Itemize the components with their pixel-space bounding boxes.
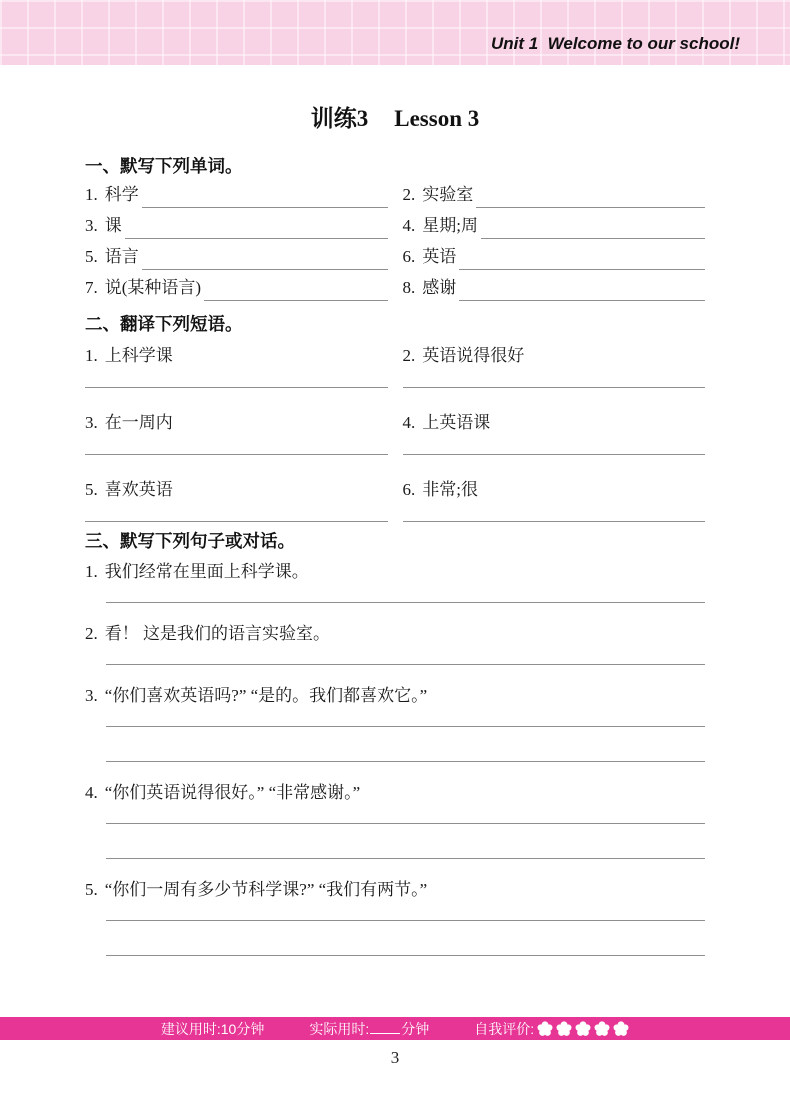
unit-header-band: Unit 1 Welcome to our school! bbox=[0, 0, 790, 65]
title-en: Lesson 3 bbox=[394, 106, 479, 131]
item-number: 6. bbox=[403, 247, 416, 267]
phrase-text: 上英语课 bbox=[422, 413, 490, 432]
page-title: 训练3Lesson 3 bbox=[85, 100, 705, 133]
word-label: 星期;周 bbox=[422, 216, 478, 236]
word-item: 3.课 bbox=[85, 208, 388, 239]
word-item: 6.英语 bbox=[403, 239, 706, 270]
worksheet-page: Unit 1 Welcome to our school! 训练3Lesson … bbox=[0, 0, 790, 1099]
phrase-item: 6.非常;很 bbox=[403, 479, 706, 522]
phrase-list: 1.上科学课 2.英语说得很好 3.在一周内 4.上英语课 5.喜欢英语 6.非… bbox=[85, 345, 705, 522]
item-number: 4. bbox=[403, 413, 416, 432]
item-number: 2. bbox=[85, 624, 98, 643]
answer-blank-line bbox=[106, 823, 705, 824]
item-number: 2. bbox=[403, 346, 416, 365]
phrase-label: 6.非常;很 bbox=[403, 479, 706, 501]
section-sentences-heading: 三、默写下列句子或对话。 bbox=[85, 531, 705, 552]
word-item: 7.说(某种语言) bbox=[85, 270, 388, 301]
word-item: 5.语言 bbox=[85, 239, 388, 270]
phrase-item: 2.英语说得很好 bbox=[403, 345, 706, 388]
item-number: 3. bbox=[85, 216, 98, 236]
sentence-text: “你们一周有多少节科学课?” “我们有两节。” bbox=[105, 880, 427, 899]
phrase-item: 1.上科学课 bbox=[85, 345, 388, 388]
item-number: 3. bbox=[85, 686, 98, 705]
unit-title: Unit 1 Welcome to our school! bbox=[491, 34, 740, 54]
word-label: 感谢 bbox=[422, 278, 456, 298]
answer-blank-line bbox=[106, 664, 705, 665]
title-cn: 训练3 bbox=[311, 106, 369, 131]
sentence-item: 4.“你们英语说得很好。” “非常感谢。” bbox=[85, 782, 705, 859]
word-label: 课 bbox=[105, 216, 122, 236]
sentence-text: 我们经常在里面上科学课。 bbox=[105, 562, 309, 581]
answer-blank-line bbox=[106, 602, 705, 603]
word-item: 4.星期;周 bbox=[403, 208, 706, 239]
item-number: 5. bbox=[85, 480, 98, 499]
phrase-text: 在一周内 bbox=[105, 413, 173, 432]
sentence-label: 5.“你们一周有多少节科学课?” “我们有两节。” bbox=[85, 879, 705, 901]
word-label: 实验室 bbox=[422, 185, 473, 205]
flower-icon bbox=[556, 1021, 572, 1037]
answer-blank-line bbox=[85, 521, 388, 522]
word-item: 8.感谢 bbox=[403, 270, 706, 301]
item-number: 8. bbox=[403, 278, 416, 298]
sentence-label: 1.我们经常在里面上科学课。 bbox=[85, 561, 705, 583]
worksheet-content: 训练3Lesson 3 一、默写下列单词。 1.科学 2.实验室 3.课 4.星… bbox=[0, 100, 790, 956]
item-number: 7. bbox=[85, 278, 98, 298]
actual-time-field: 实际用时:分钟 bbox=[309, 1019, 429, 1039]
sentence-label: 4.“你们英语说得很好。” “非常感谢。” bbox=[85, 782, 705, 804]
answer-blank-line bbox=[106, 858, 705, 859]
phrase-text: 英语说得很好 bbox=[422, 346, 524, 365]
phrase-label: 3.在一周内 bbox=[85, 412, 388, 434]
answer-blank-line bbox=[403, 521, 706, 522]
phrase-label: 2.英语说得很好 bbox=[403, 345, 706, 367]
item-number: 3. bbox=[85, 413, 98, 432]
self-eval-group: 自我评价: bbox=[474, 1019, 629, 1039]
item-number: 1. bbox=[85, 562, 98, 581]
sentence-text: “你们英语说得很好。” “非常感谢。” bbox=[105, 783, 360, 802]
item-number: 5. bbox=[85, 247, 98, 267]
phrase-text: 喜欢英语 bbox=[105, 480, 173, 499]
answer-blank-line bbox=[106, 955, 705, 956]
flower-icon bbox=[613, 1021, 629, 1037]
answer-blank-line bbox=[85, 387, 388, 388]
answer-blank-line bbox=[204, 300, 387, 301]
item-number: 5. bbox=[85, 880, 98, 899]
phrase-text: 非常;很 bbox=[422, 480, 478, 499]
item-number: 1. bbox=[85, 185, 98, 205]
suggested-time-label: 建议用时:10分钟 bbox=[161, 1019, 264, 1039]
item-number: 1. bbox=[85, 346, 98, 365]
sentence-item: 5.“你们一周有多少节科学课?” “我们有两节。” bbox=[85, 879, 705, 956]
page-number: 3 bbox=[0, 1048, 790, 1068]
phrase-text: 上科学课 bbox=[105, 346, 173, 365]
answer-blank-line bbox=[403, 387, 706, 388]
word-label: 英语 bbox=[422, 247, 456, 267]
section-words-heading: 一、默写下列单词。 bbox=[85, 156, 705, 177]
flower-icon bbox=[594, 1021, 610, 1037]
word-label: 科学 bbox=[105, 185, 139, 205]
answer-blank-line bbox=[106, 761, 705, 762]
sentence-item: 3.“你们喜欢英语吗?” “是的。我们都喜欢它。” bbox=[85, 685, 705, 762]
word-item: 1.科学 bbox=[85, 177, 388, 208]
phrase-item: 4.上英语课 bbox=[403, 412, 706, 455]
phrase-label: 4.上英语课 bbox=[403, 412, 706, 434]
word-label: 说(某种语言) bbox=[105, 278, 201, 298]
answer-blank-line bbox=[459, 300, 705, 301]
self-eval-label: 自我评价: bbox=[474, 1019, 534, 1039]
answer-blank-line bbox=[106, 920, 705, 921]
section-phrases-heading: 二、翻译下列短语。 bbox=[85, 314, 705, 335]
sentence-item: 2.看！ 这是我们的语言实验室。 bbox=[85, 623, 705, 665]
item-number: 6. bbox=[403, 480, 416, 499]
flower-icon bbox=[537, 1021, 553, 1037]
sentence-text: 看！ 这是我们的语言实验室。 bbox=[105, 624, 330, 643]
flower-icon bbox=[575, 1021, 591, 1037]
item-number: 4. bbox=[403, 216, 416, 236]
time-blank-line bbox=[370, 1021, 400, 1034]
footer-bar: 建议用时:10分钟 实际用时:分钟 自我评价: bbox=[0, 1017, 790, 1040]
phrase-item: 5.喜欢英语 bbox=[85, 479, 388, 522]
item-number: 4. bbox=[85, 783, 98, 802]
phrase-label: 1.上科学课 bbox=[85, 345, 388, 367]
phrase-item: 3.在一周内 bbox=[85, 412, 388, 455]
word-list: 1.科学 2.实验室 3.课 4.星期;周 5.语言 6.英语 7.说(某种语言… bbox=[85, 177, 705, 301]
word-label: 语言 bbox=[105, 247, 139, 267]
sentence-label: 3.“你们喜欢英语吗?” “是的。我们都喜欢它。” bbox=[85, 685, 705, 707]
sentence-item: 1.我们经常在里面上科学课。 bbox=[85, 561, 705, 603]
sentence-text: “你们喜欢英语吗?” “是的。我们都喜欢它。” bbox=[105, 686, 427, 705]
answer-blank-line bbox=[106, 726, 705, 727]
answer-blank-line bbox=[403, 454, 706, 455]
actual-time-label: 实际用时: bbox=[309, 1021, 369, 1037]
phrase-label: 5.喜欢英语 bbox=[85, 479, 388, 501]
answer-blank-line bbox=[85, 454, 388, 455]
item-number: 2. bbox=[403, 185, 416, 205]
word-item: 2.实验室 bbox=[403, 177, 706, 208]
actual-time-unit: 分钟 bbox=[401, 1021, 429, 1037]
sentence-label: 2.看！ 这是我们的语言实验室。 bbox=[85, 623, 705, 645]
